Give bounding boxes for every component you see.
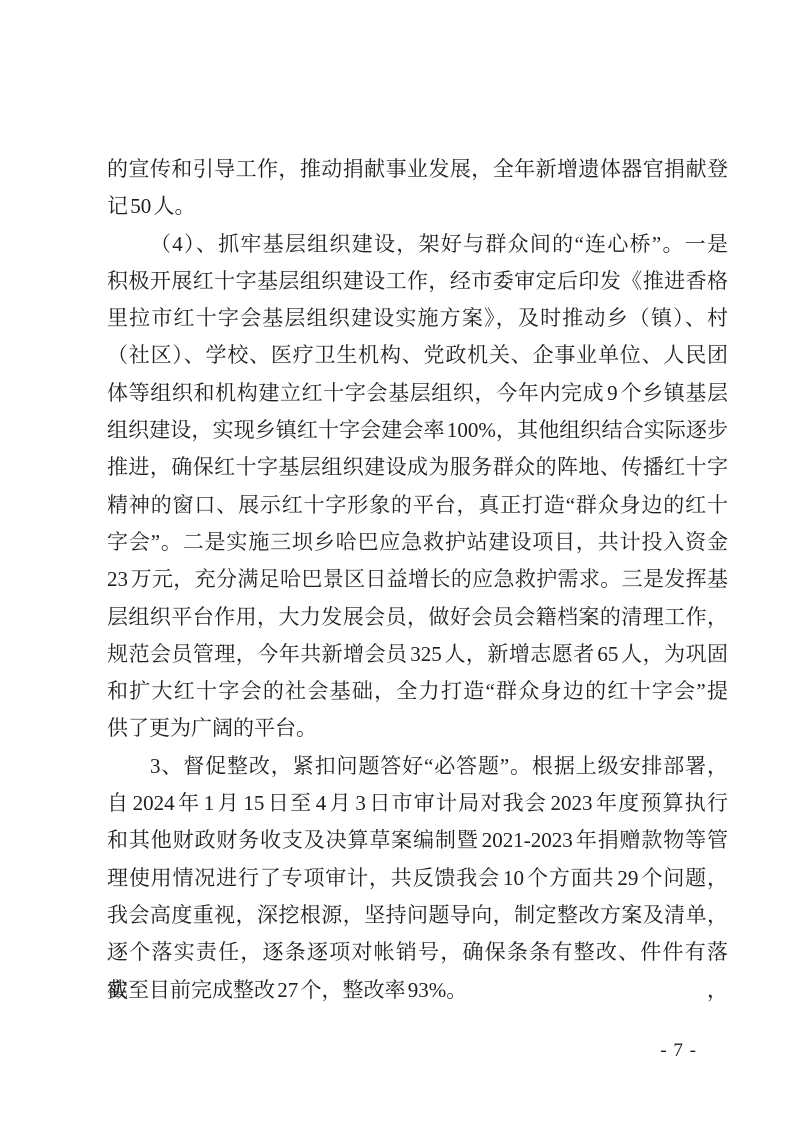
body-text: 的宣传和引导工作，推动捐献事业发展，全年新增遗体器官捐献登 记 50 人。 （4… <box>107 151 728 1009</box>
text-line-17: 3、督促整改，紧扣问题答好“必答题”。根据上级安排部署， <box>107 748 728 785</box>
text-line-3: （4）、抓牢基层组织建设，架好与群众间的“连心桥”。一是 <box>107 226 728 263</box>
text-line-10: 精神的窗口、展示红十字形象的平台，真正打造“群众身边的红十 <box>107 487 728 524</box>
text-line-5: 里拉市红十字会基层组织建设实施方案》，及时推动乡（镇）、村 <box>107 300 728 337</box>
text-line-15: 和扩大红十字会的社会基础，全力打造“群众身边的红十字会”提 <box>107 673 728 710</box>
document-page: 的宣传和引导工作，推动捐献事业发展，全年新增遗体器官捐献登 记 50 人。 （4… <box>0 0 793 1122</box>
text-line-2: 记 50 人。 <box>107 188 728 225</box>
text-line-1: 的宣传和引导工作，推动捐献事业发展，全年新增遗体器官捐献登 <box>107 151 728 188</box>
text-line-14: 规范会员管理，今年共新增会员 325 人，新增志愿者 65 人，为巩固 <box>107 636 728 673</box>
text-line-12: 23 万元，充分满足哈巴景区日益增长的应急救护需求。三是发挥基 <box>107 561 728 598</box>
text-line-8: 组织建设，实现乡镇红十字会建会率 100%，其他组织结合实际逐步 <box>107 412 728 449</box>
text-line-22: 逐个落实责任，逐条逐项对帐销号，确保条条有整改、件件有落实， <box>107 934 728 971</box>
text-line-16: 供了更为广阔的平台。 <box>107 710 728 747</box>
text-line-11: 字会”。二是实施三坝乡哈巴应急救护站建设项目，共计投入资金 <box>107 524 728 561</box>
text-line-18: 自 2024 年 1 月 15 日至 4 月 3 日市审计局对我会 2023 年… <box>107 785 728 822</box>
text-line-20: 理使用情况进行了专项审计，共反馈我会 10 个方面共 29 个问题， <box>107 860 728 897</box>
text-line-6: （社区）、学校、医疗卫生机构、党政机关、企事业单位、人民团 <box>107 337 728 374</box>
text-line-9: 推进，确保红十字基层组织建设成为服务群众的阵地、传播红十字 <box>107 449 728 486</box>
text-line-21: 我会高度重视，深挖根源，坚持问题导向，制定整改方案及清单， <box>107 897 728 934</box>
text-line-7: 体等组织和机构建立红十字会基层组织，今年内完成 9 个乡镇基层 <box>107 375 728 412</box>
text-line-19: 和其他财政财务收支及决算草案编制暨 2021-2023 年捐赠款物等管 <box>107 822 728 859</box>
text-line-4: 积极开展红十字基层组织建设工作，经市委审定后印发《推进香格 <box>107 263 728 300</box>
page-number: - 7 - <box>660 1040 697 1062</box>
text-line-13: 层组织平台作用，大力发展会员，做好会员会籍档案的清理工作， <box>107 599 728 636</box>
